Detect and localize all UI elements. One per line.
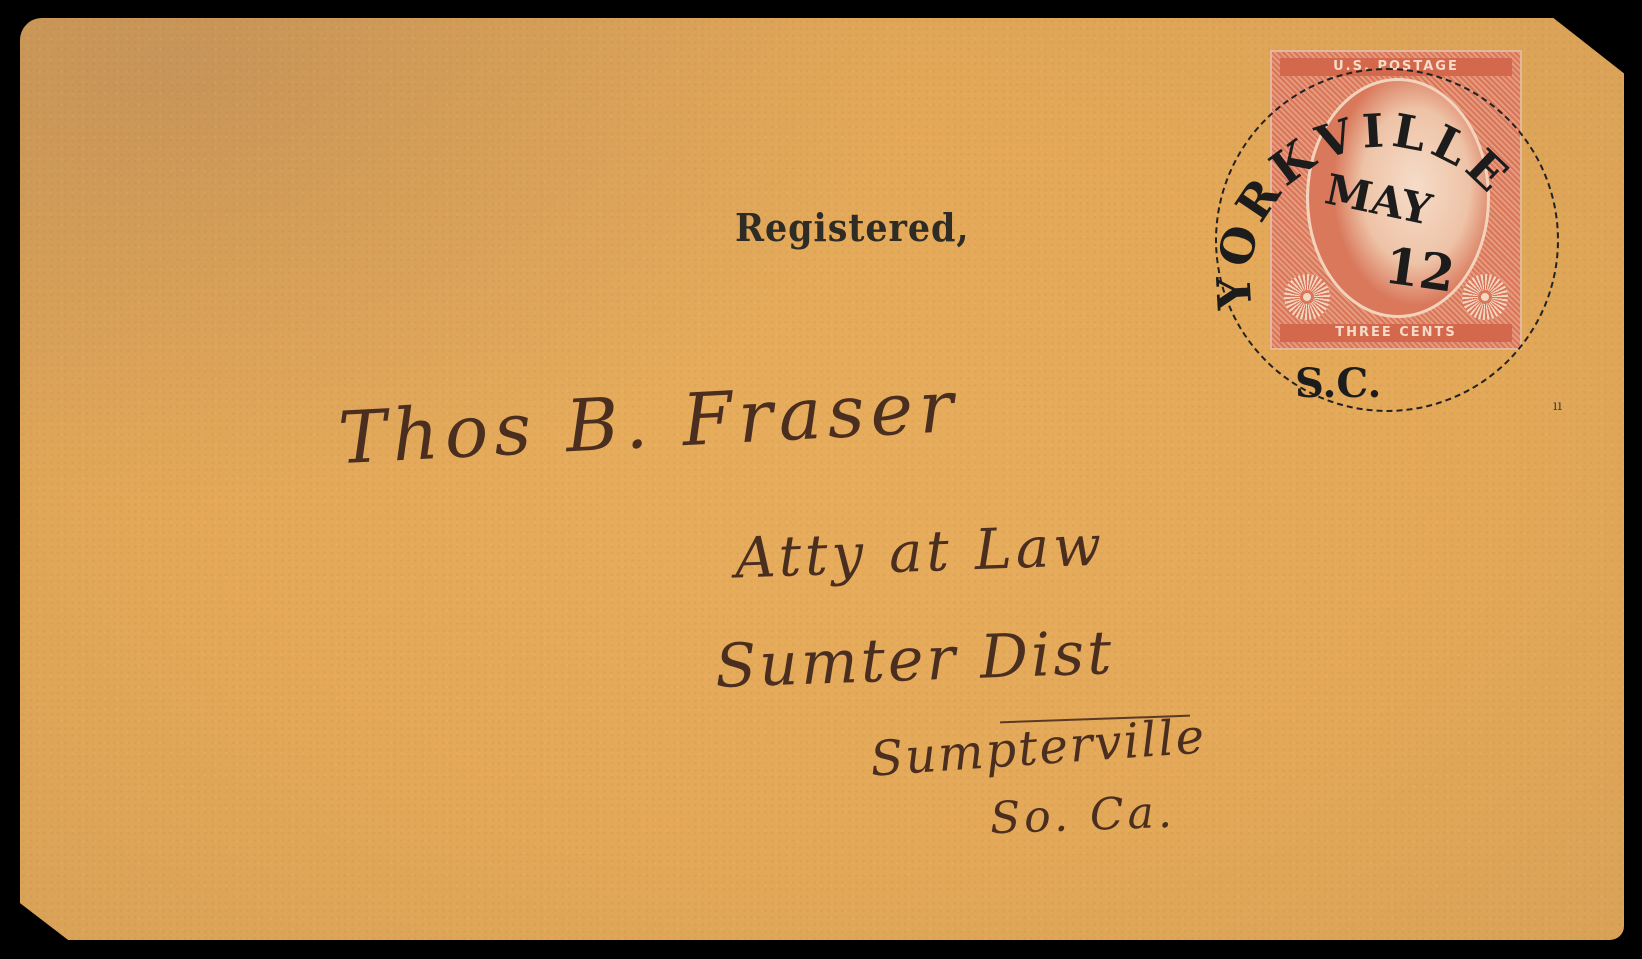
margin-mark: ıı [1553, 398, 1562, 414]
address-title: Atty at Law [734, 514, 1106, 592]
address-district: Sumter Dist [714, 618, 1115, 702]
postmark-day: 12 [1381, 235, 1458, 303]
address-state: So. Ca. [989, 787, 1176, 844]
registered-endorsement: Registered, [735, 205, 969, 250]
postmark-town-arc: YORKVILLE [1215, 68, 1555, 408]
postmark-state: S.C. [1295, 360, 1381, 407]
